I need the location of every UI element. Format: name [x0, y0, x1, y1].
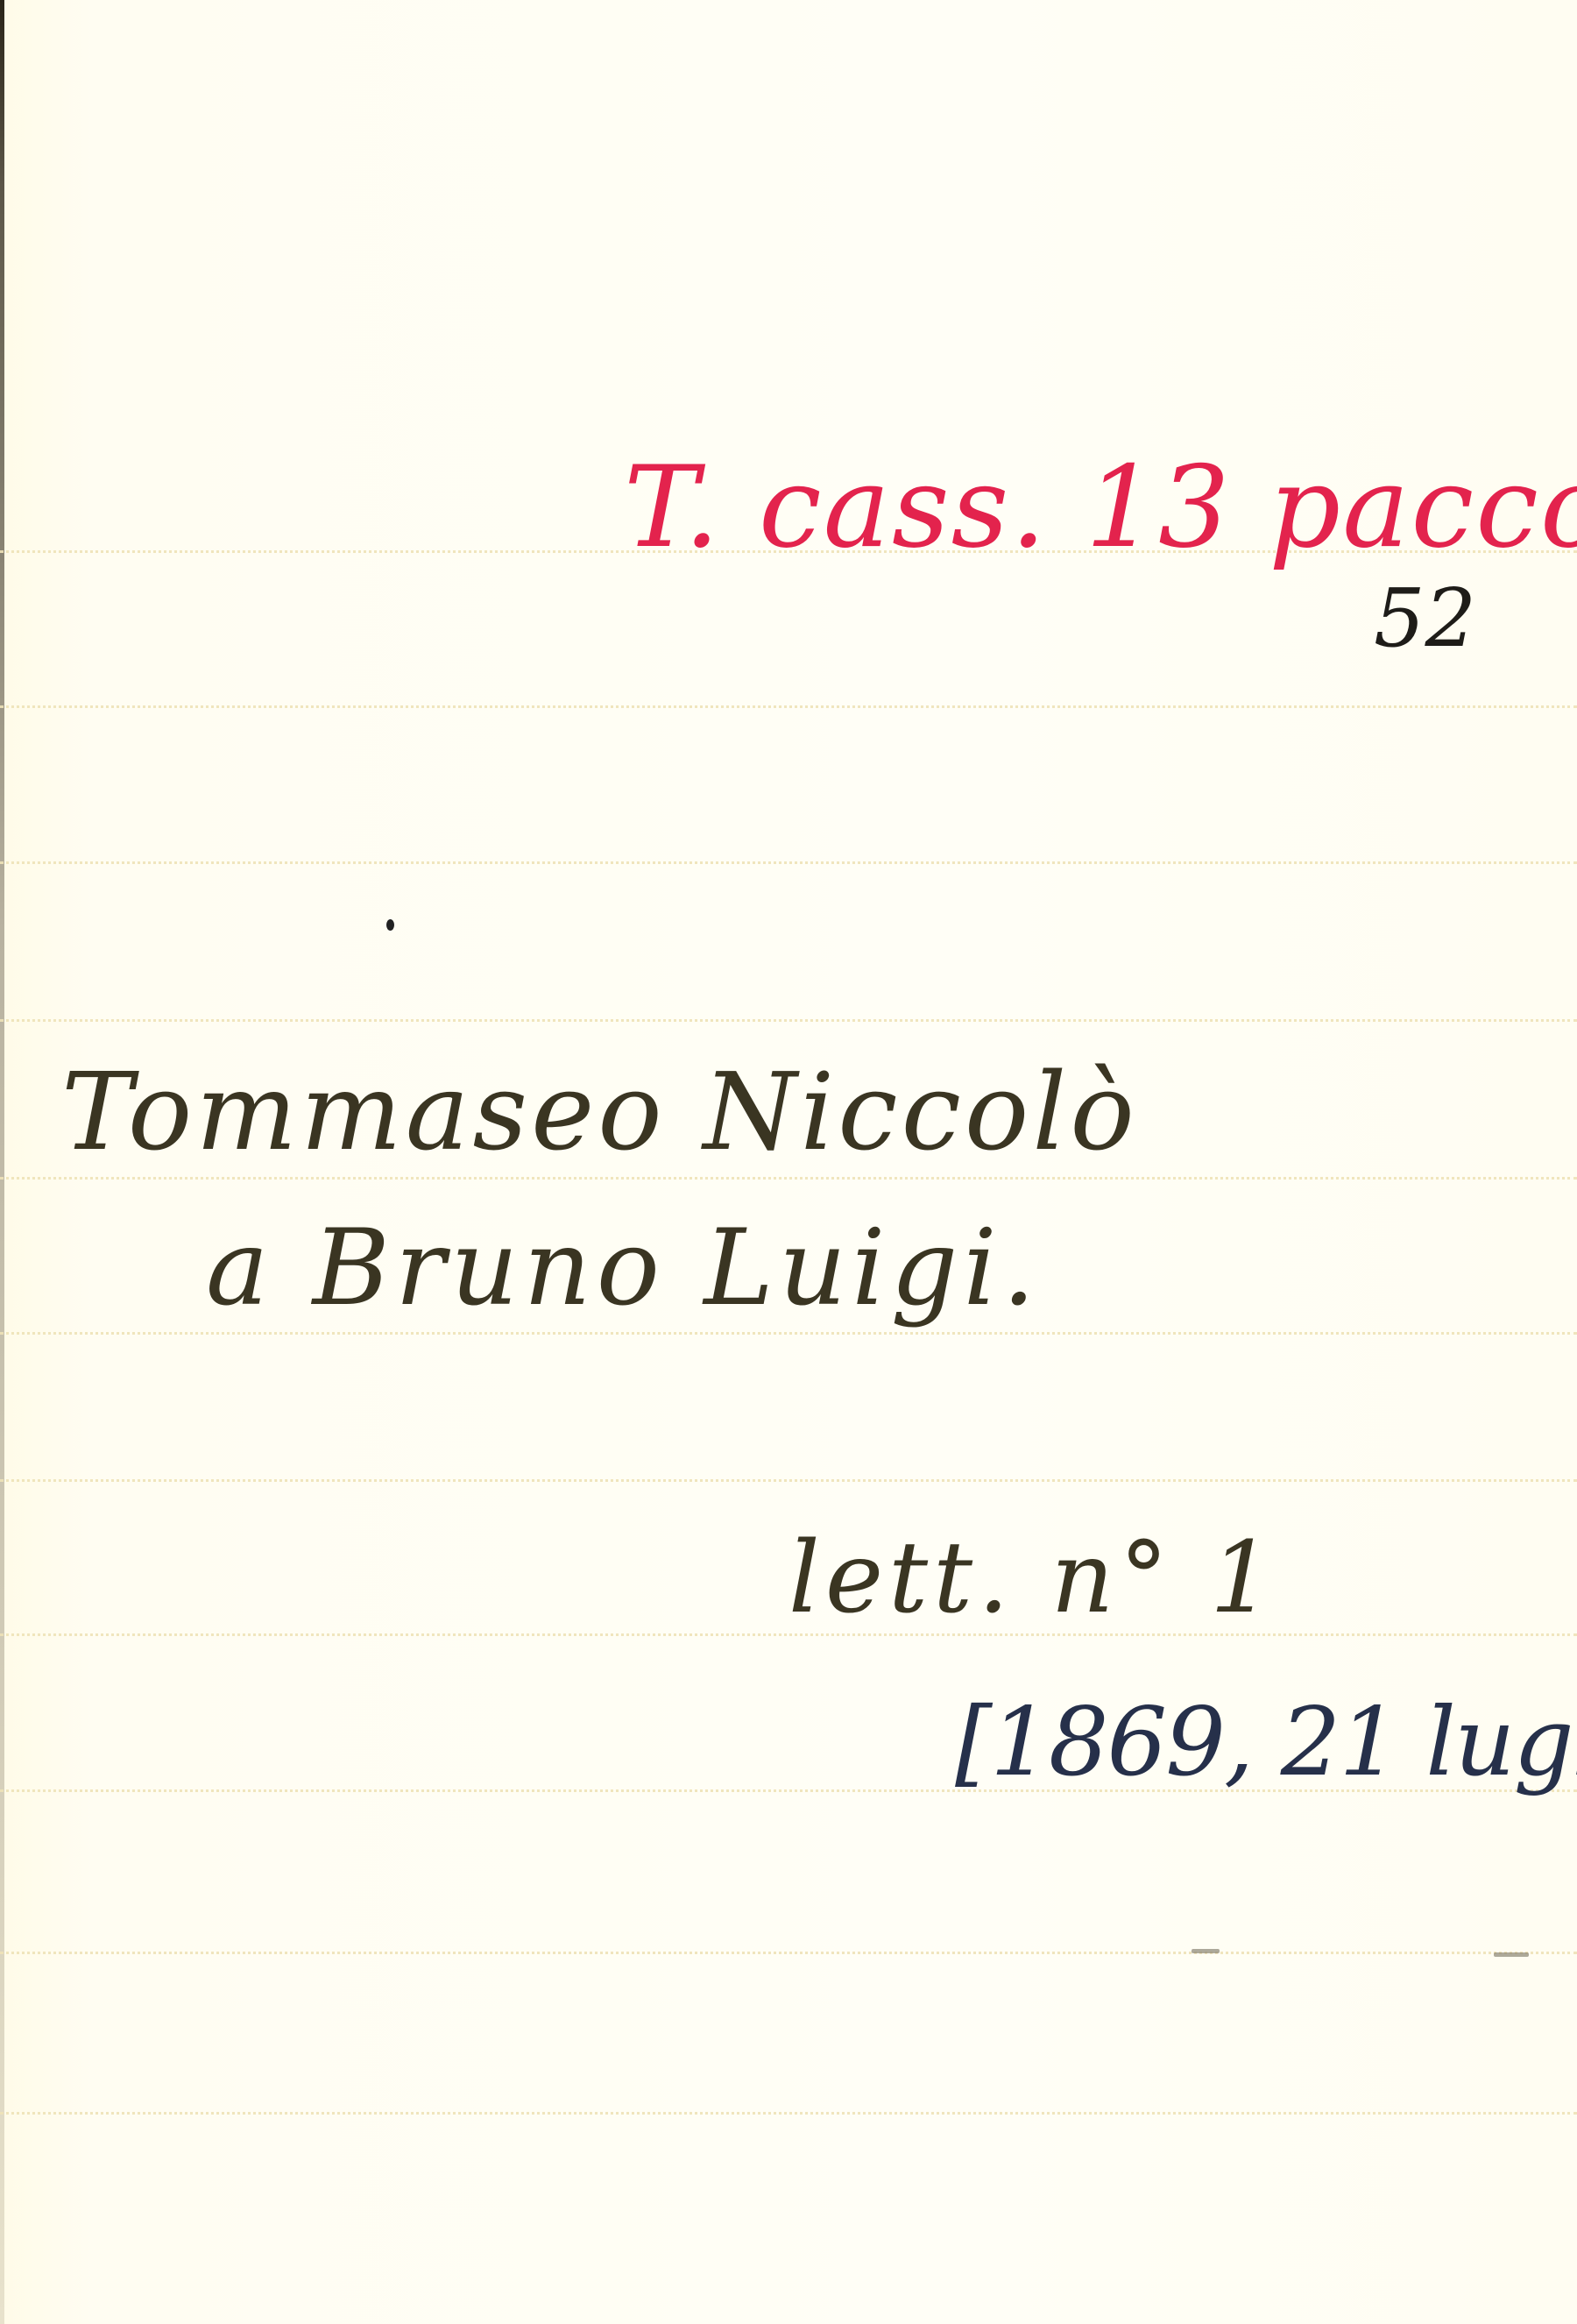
- card-left-edge: [0, 0, 4, 2324]
- ruled-line: [0, 1952, 1577, 1954]
- recipient-name: a Bruno Luigi.: [206, 1216, 1041, 1321]
- ink-mark: [1494, 1952, 1529, 1957]
- ruled-line: [0, 861, 1577, 864]
- shelfmark: T. cass. 13 pacco 58.: [624, 452, 1577, 564]
- ruled-line: [0, 2112, 1577, 2115]
- author-name: Tommaseo Niccolò: [61, 1059, 1138, 1166]
- ruled-line: [0, 1177, 1577, 1180]
- ruled-line: [0, 1332, 1577, 1335]
- letter-count: lett. n° 1: [788, 1529, 1277, 1627]
- ruled-line: [0, 705, 1577, 708]
- ruled-line: [0, 1019, 1577, 1022]
- ink-mark: [1192, 1949, 1220, 1953]
- letter-date: [1869, 21 luglio]: [955, 1696, 1577, 1790]
- ruled-line: [0, 1479, 1577, 1482]
- index-card: T. cass. 13 pacco 58. 52 Tommaseo Niccol…: [0, 0, 1577, 2324]
- ink-dot: [386, 919, 394, 931]
- item-number: 52: [1374, 578, 1476, 659]
